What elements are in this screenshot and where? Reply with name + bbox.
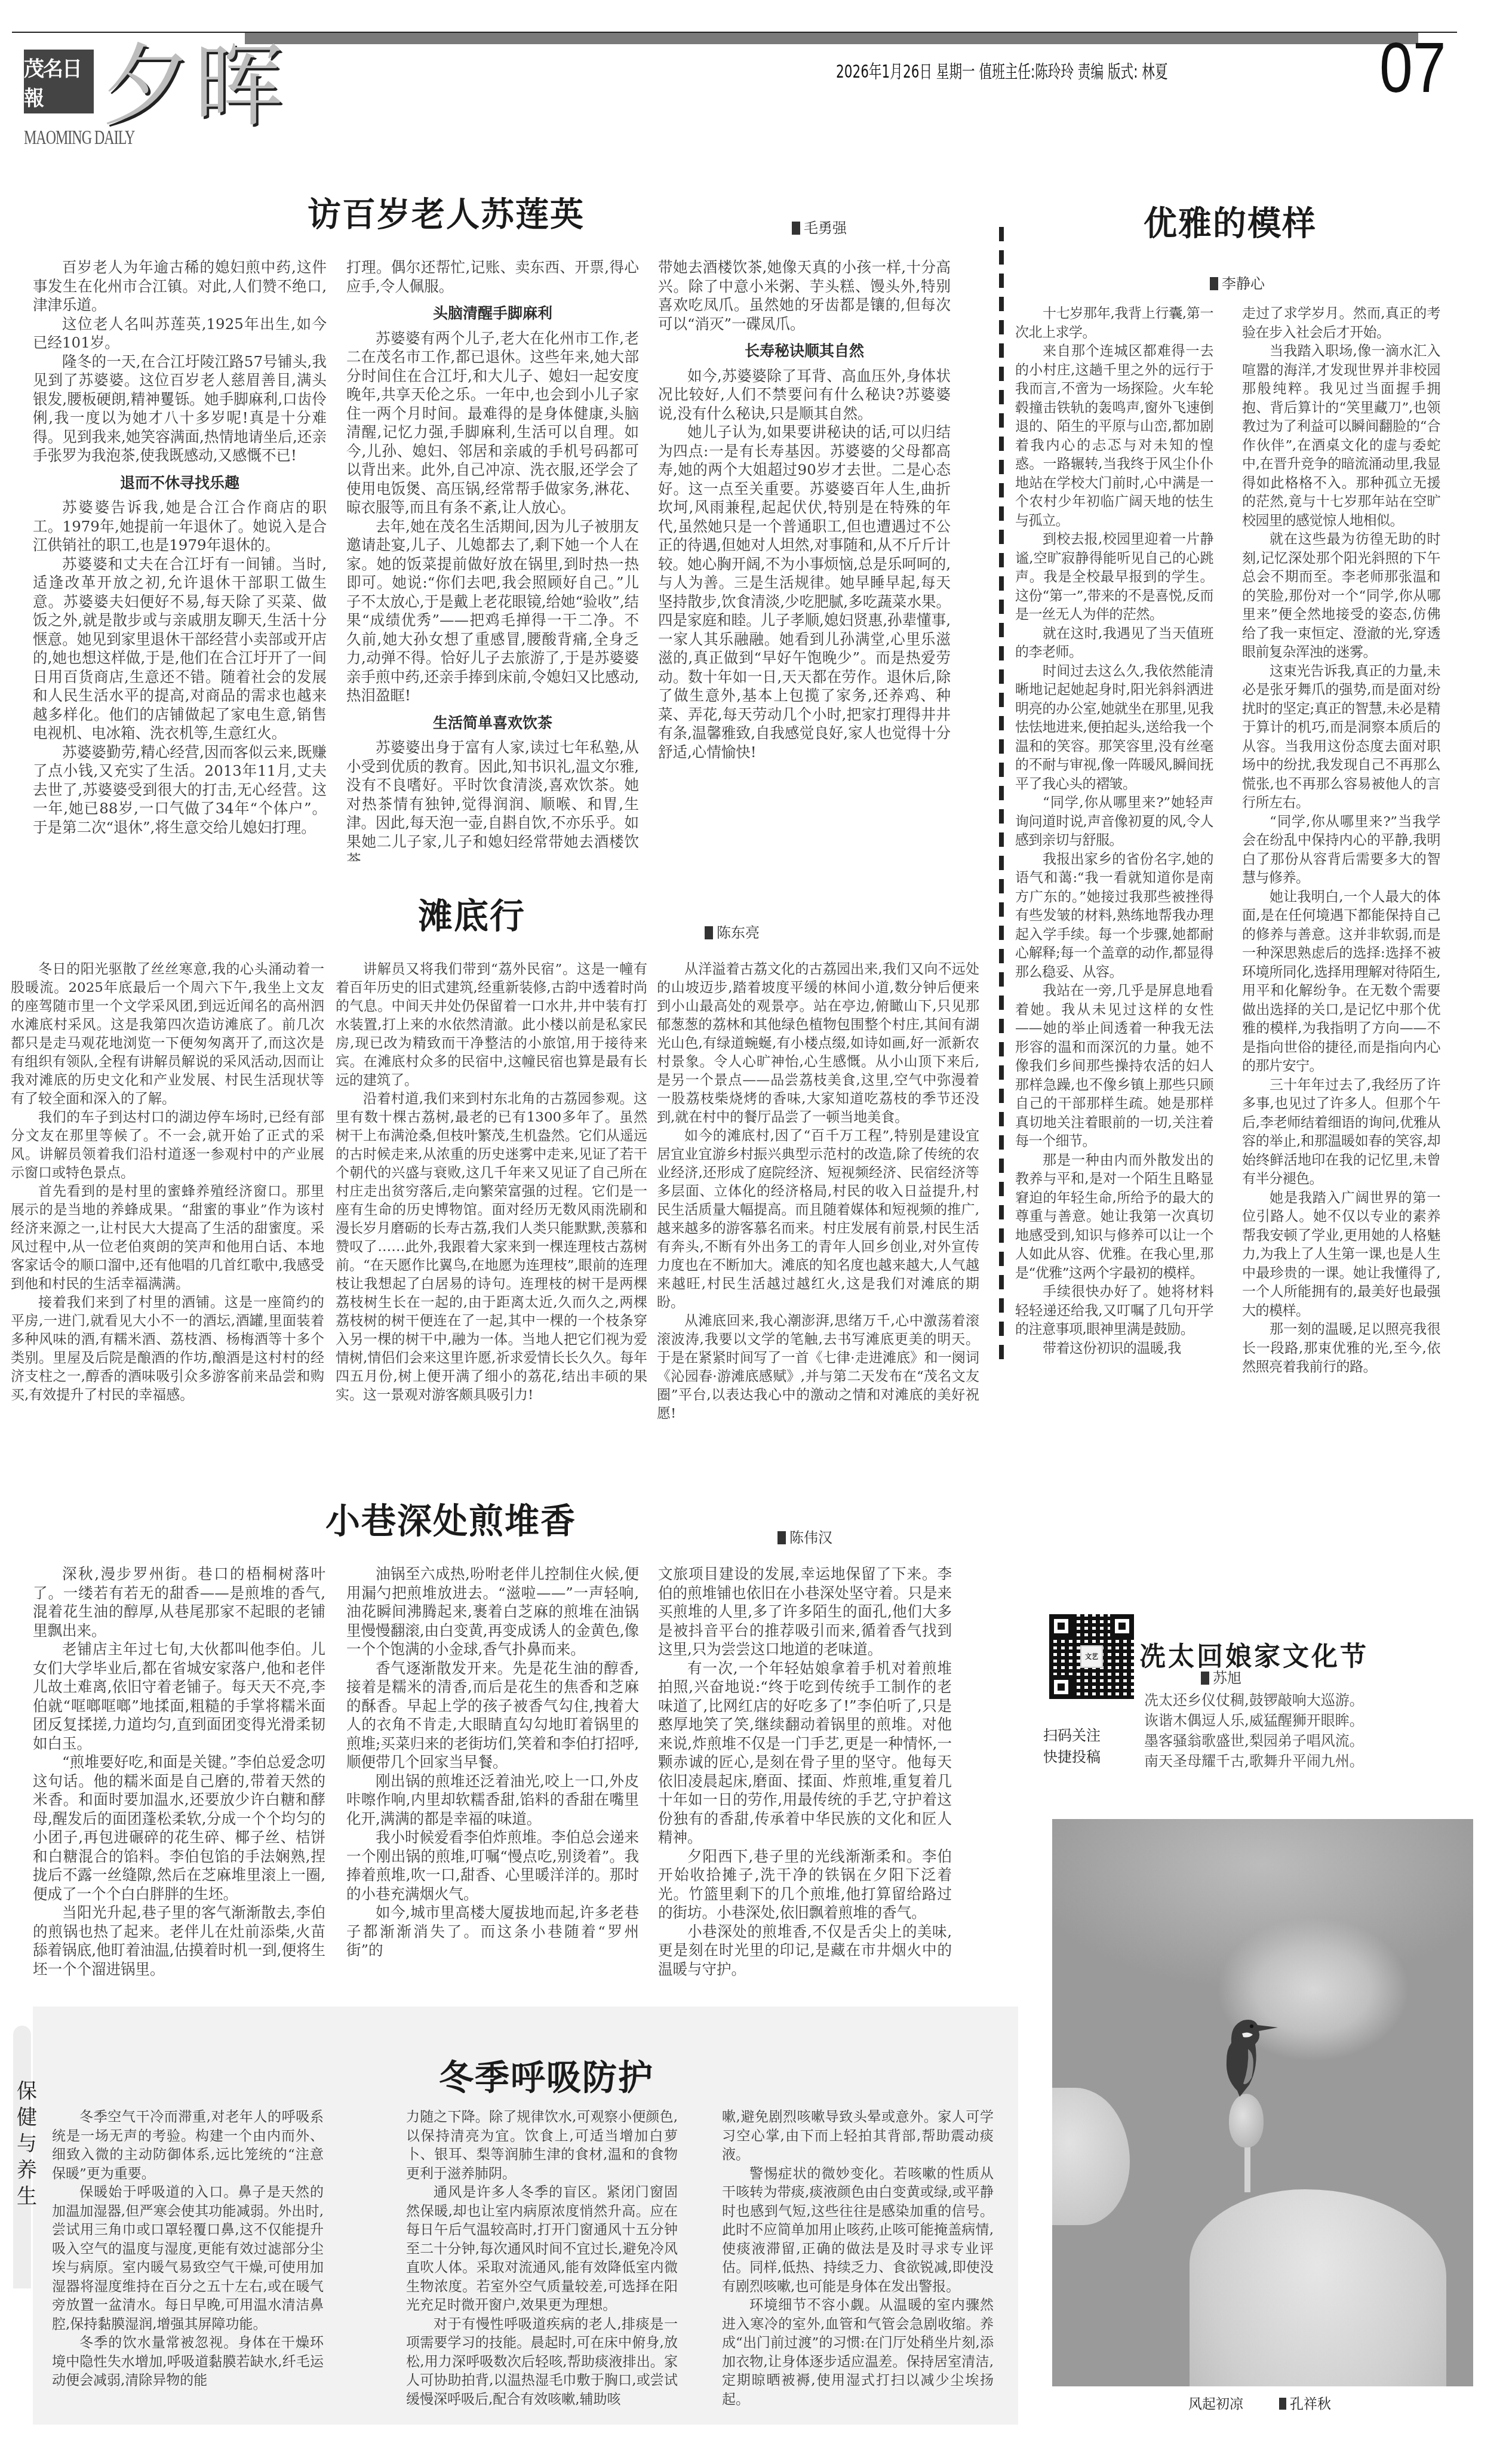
- qr-finder-icon: [1110, 1614, 1134, 1638]
- section-title: 夕晖: [102, 42, 285, 131]
- poem-body: 冼太还乡仪仗稠,鼓锣敲响大巡游。 诙谐木偶逗人乐,威猛醒狮开眼眸。 墨客骚翁歌盛…: [1144, 1690, 1364, 1771]
- paragraph: 文旅项目建设的发展,幸运地保留了下来。李伯的煎堆铺也依旧在小巷深处坚守着。只是来…: [658, 1565, 952, 1659]
- subheading: 生活简单喜欢饮茶: [346, 714, 639, 733]
- paragraph: 十七岁那年,我背上行囊,第一次北上求学。: [1015, 305, 1213, 342]
- paragraph: 我报出家乡的省份名字,她的语气和蔼:“我一看就知道你是南方广东的。”她接过我那些…: [1015, 850, 1213, 982]
- paragraph: 我们的车子到达村口的湖边停车场时,已经有部分文友在那里等候了。不一会,就开始了正…: [11, 1108, 324, 1182]
- paper-logo: 茂名日報: [24, 50, 94, 113]
- paragraph: 从洋溢着古荔文化的古荔园出来,我们又向不远处的山坡迈步,踏着坡度平缓的林间小道,…: [657, 960, 979, 1127]
- masthead: 茂名日報 MAOMING DAILY 夕晖 2026年1月26日 星期一 值班主…: [0, 0, 1509, 143]
- paragraph: 三十年年过去了,我经历了许多事,也见过了许多人。但那个午后,李老师结着细语的询问…: [1242, 1076, 1440, 1189]
- paragraph: 冬季空气干冷而滞重,对老年人的呼吸系统是一场无声的考验。构建一个由内而外、细致入…: [52, 2108, 324, 2183]
- paragraph: 保暖始于呼吸道的入口。鼻子是天然的加温加湿器,但严寒会使其功能减弱。外出时,尝试…: [52, 2183, 324, 2334]
- byline-author: 陈东亮: [717, 924, 760, 941]
- article-column: 嗽,避免剧烈咳嗽导致头晕或意外。家人可学习空心掌,由下而上轻拍其背部,帮助震动痰…: [722, 2108, 994, 2419]
- paragraph: 打理。偶尔还帮忙,记账、卖东西、开票,得心应手,令人佩服。: [346, 258, 639, 296]
- paragraph: 来自那个连城区都难得一去的小村庄,这趟千里之外的远行于我而言,不啻为一场探险。火…: [1015, 342, 1213, 530]
- byline-author: 苏旭: [1213, 1670, 1241, 1686]
- paragraph: 如今的滩底村,因了“百千万工程”,特别是建设宜居宜业宜游乡村振兴典型示范村的改造…: [657, 1127, 979, 1312]
- page-number: 07: [1379, 33, 1446, 103]
- byline-author: 陈伟汉: [789, 1529, 832, 1546]
- article-column: 文旅项目建设的发展,幸运地保留了下来。李伯的煎堆铺也依旧在小巷深处坚守着。只是来…: [658, 1565, 952, 1995]
- paragraph: 沿着村道,我们来到村东北角的古荔园参观。这里有数十棵古荔树,最老的已有1300多…: [336, 1090, 647, 1405]
- paragraph: 百岁老人为年逾古稀的媳妇煎中药,这件事发生在化州市合江镇。对此,人们赞不绝口,津…: [33, 258, 327, 315]
- paragraph: 走过了求学岁月。然而,真正的考验在步入社会后才开始。: [1242, 305, 1440, 342]
- article-column: 走过了求学岁月。然而,真正的考验在步入社会后才开始。当我踏入职场,像一滴水汇入喧…: [1242, 305, 1440, 1380]
- article-title: 小巷深处煎堆香: [325, 1493, 576, 1543]
- paragraph: 嗽,避免剧烈咳嗽导致头晕或意外。家人可学习空心掌,由下而上轻拍其背部,帮助震动痰…: [722, 2108, 994, 2165]
- paragraph: 去年,她在茂名生活期间,因为儿子被朋友邀请赴宴,儿子、儿媳都去了,剩下她一个人在…: [346, 517, 639, 705]
- paragraph: 苏婆婆出身于富有人家,读过七年私塾,从小受到优质的教育。因此,知书识礼,温文尔雅…: [346, 738, 639, 861]
- paragraph: 到校去报,校园里迎着一片静谧,空旷寂静得能听见自己的心跳声。我是全校最早报到的学…: [1015, 530, 1213, 625]
- article-title: 冬季呼吸防护: [439, 2050, 654, 2100]
- subheading: 长寿秘诀顺其自然: [658, 342, 951, 361]
- paragraph: 这束光告诉我,真正的力量,未必是张牙舞爪的强势,而是面对纷扰时的坚定;真正的智慧…: [1242, 662, 1440, 813]
- paragraph: 手续很快办好了。她将材料轻轻递还给我,又叮嘱了几句开学的注意事项,眼神里满是鼓励…: [1015, 1283, 1213, 1339]
- subheading: 头脑清醒手脚麻利: [346, 304, 639, 323]
- paragraph: 如今,苏婆婆除了耳背、高血压外,身体状况比较好,人们不禁要问有什么秘诀?苏婆婆说…: [658, 367, 951, 423]
- paragraph: 警惕症状的微妙变化。若咳嗽的性质从干咳转为带痰,痰液颜色由白变黄或绿,或平静时也…: [722, 2165, 994, 2297]
- byline-marker-icon: [1279, 2398, 1286, 2410]
- paragraph: 她儿子认为,如果要讲秘诀的话,可以归结为四点:一是有长寿基因。苏婆婆的父母都高寿…: [658, 423, 951, 761]
- paragraph: 我站在一旁,几乎是屏息地看着她。我从未见过这样的女性——她的举止间透着一种我无法…: [1015, 982, 1213, 1151]
- paragraph: 有一次,一个年轻姑娘拿着手机对着煎堆拍照,兴奋地说:“终于吃到传统手工制作的老味…: [658, 1659, 952, 1847]
- paragraph: 如今,城市里高楼大厦拔地而起,许多老巷子都渐渐消失了。而这条小巷随着“罗州街”的: [346, 1903, 639, 1960]
- byline-marker-icon: [792, 222, 800, 235]
- article-title: 滩底行: [418, 888, 525, 938]
- byline-marker-icon: [1201, 1672, 1209, 1685]
- article-column: 从洋溢着古荔文化的古荔园出来,我们又向不远处的山坡迈步,踏着坡度平缓的林间小道,…: [657, 960, 979, 1462]
- kingfisher-photo: [1052, 1819, 1473, 2386]
- byline-author: 毛勇强: [804, 220, 847, 236]
- column-divider: [999, 227, 1004, 1362]
- health-section-label: 保健与养生: [17, 2078, 33, 2210]
- article-column: 力随之下降。除了规律饮水,可观察小便颜色,以保持清亮为宜。饮食上,可适当增加白萝…: [406, 2108, 678, 2419]
- article-title: 优雅的模样: [1144, 197, 1317, 245]
- qr-code[interactable]: 文艺: [1049, 1614, 1134, 1699]
- article-column: 打理。偶尔还帮忙,记账、卖东西、开票,得心应手,令人佩服。头脑清醒手脚麻利苏婆婆…: [346, 258, 639, 861]
- paragraph: 她让我明白,一个人最大的体面,是在任何境遇下都能保持自己的修养与善意。这并非软弱…: [1242, 888, 1440, 1076]
- byline: 毛勇强: [792, 216, 847, 237]
- byline: 李静心: [1210, 272, 1265, 293]
- article-column: 带她去酒楼饮茶,她像天真的小孩一样,十分高兴。除了中意小米粥、芋头糕、馒头外,特…: [658, 258, 951, 861]
- paragraph: 她是我踏入广阔世界的第一位引路人。她不仅以专业的素养帮我安顿了学业,更用她的人格…: [1242, 1189, 1440, 1321]
- paragraph: 那一刻的温暖,足以照亮我很长一段路,那束优雅的光,至今,依然照亮着我前行的路。: [1242, 1320, 1440, 1377]
- paragraph: 苏婆婆和丈夫在合江圩有一间铺。当时,适逢改革开放之初,允许退休干部职工做生意。苏…: [33, 555, 327, 743]
- poem-line: 墨客骚翁歌盛世,梨园弟子唱风流。: [1144, 1731, 1364, 1751]
- paragraph: 首先看到的是村里的蜜蜂养殖经济窗口。那里展示的是当地的养蜂成果。“甜蜜的事业”作…: [11, 1182, 324, 1294]
- lotus-leaf-right: [1190, 2189, 1446, 2386]
- paragraph: 对于有慢性呼吸道疾病的老人,排痰是一项需要学习的技能。晨起时,可在床中俯身,放松…: [406, 2315, 678, 2410]
- paragraph: 时间过去这么久,我依然能清晰地记起她起身时,阳光斜斜洒进明亮的办公室,她就坐在那…: [1015, 662, 1213, 794]
- paragraph: “同学,你从哪里来?”她轻声询问道时说,声音像初夏的风,令人感到亲切与舒服。: [1015, 794, 1213, 850]
- paragraph: 我小时候爱看李伯炸煎堆。李伯总会递来一个刚出锅的煎堆,叮嘱“慢点吃,别烫着”。我…: [346, 1828, 639, 1903]
- paragraph: 当我踏入职场,像一滴水汇入喧嚣的海洋,才发现世界并非校园那般纯粹。我见过当面握手…: [1242, 342, 1440, 530]
- article-column: 讲解员又将我们带到“荔外民宿”。这是一幢有着百年历史的旧式建筑,经重新装修,古韵…: [336, 960, 647, 1462]
- paragraph: 油锅至六成热,吩咐老伴儿控制住火候,便用漏勺把煎堆放进去。“滋啦——”一声轻响,…: [346, 1565, 639, 1659]
- paragraph: 这位老人名叫苏莲英,1925年出生,如今已经101岁。: [33, 315, 327, 352]
- paragraph: 接着我们来到了村里的酒铺。这是一座简约的平房,一进门,就看见大小不一的酒坛,酒罐…: [11, 1294, 324, 1405]
- paragraph: 苏婆婆告诉我,她是合江合作商店的职工。1979年,她提前一年退休了。她说入是合江…: [33, 498, 327, 555]
- kingfisher-icon: [1213, 2007, 1279, 2103]
- paragraph: 力随之下降。除了规律饮水,可观察小便颜色,以保持清亮为宜。饮食上,可适当增加白萝…: [406, 2108, 678, 2183]
- lotus-stem: [1244, 2145, 1250, 2192]
- qr-finder-icon: [1049, 1614, 1073, 1638]
- paragraph: “同学,你从哪里来?”当我学会在纷乱中保持内心的平静,我明白了那份从容背后需要多…: [1242, 813, 1440, 888]
- qr-caption: 扫码关注 快捷投稿: [1043, 1725, 1101, 1768]
- byline-marker-icon: [777, 1531, 786, 1544]
- paragraph: 带着这份初识的温暖,我: [1015, 1339, 1213, 1359]
- qr-finder-icon: [1049, 1675, 1073, 1699]
- poem-line: 诙谐木偶逗人乐,威猛醒狮开眼眸。: [1144, 1710, 1364, 1731]
- paragraph: 深秋,漫步罗州街。巷口的梧桐树落叶了。一缕若有若无的甜香——是煎堆的香气,混着花…: [33, 1565, 325, 1640]
- paragraph: 就在这些最为彷徨无助的时刻,记忆深处那个阳光斜照的下午总会不期而至。李老师那张温…: [1242, 530, 1440, 662]
- photo-caption: 风起初凉孔祥秋: [1188, 2393, 1331, 2413]
- article-column: 十七岁那年,我背上行囊,第一次北上求学。来自那个连城区都难得一去的小村庄,这趟千…: [1015, 305, 1213, 1380]
- qr-caption-line: 快捷投稿: [1043, 1746, 1101, 1768]
- paragraph: 讲解员又将我们带到“荔外民宿”。这是一幢有着百年历史的旧式建筑,经重新装修,古韵…: [336, 960, 647, 1090]
- lotus-leaf-left: [1052, 2088, 1130, 2225]
- photo-title: 风起初凉: [1188, 2397, 1243, 2412]
- paragraph: 冬季的饮水量常被忽视。身体在干燥环境中隐性失水增加,呼吸道黏膜若缺水,纤毛运动便…: [52, 2334, 324, 2391]
- byline-marker-icon: [1210, 277, 1218, 290]
- paragraph: 香气逐渐散发开来。先是花生油的醇香,接着是糯米的清香,而后是花生的焦香和芝麻的酥…: [346, 1659, 639, 1772]
- byline-author: 李静心: [1222, 275, 1265, 292]
- paragraph: 从滩底回来,我心潮澎湃,思绪万千,心中激荡着滚滚波涛,我要以文学的笔触,去书写滩…: [657, 1312, 979, 1423]
- byline: 陈东亮: [705, 921, 760, 942]
- paragraph: 冬日的阳光驱散了丝丝寒意,我的心头涌动着一股暖流。2025年底最后一个周六下午,…: [11, 960, 324, 1108]
- paragraph: 就在这时,我遇见了当天值班的李老师。: [1015, 625, 1213, 662]
- paragraph: 苏婆婆勤劳,精心经营,因而客似云来,既赚了点小钱,又充实了生活。2013年11月…: [33, 743, 327, 837]
- article-column: 冬季空气干冷而滞重,对老年人的呼吸系统是一场无声的考验。构建一个由内而外、细致入…: [52, 2108, 324, 2419]
- issue-info: 2026年1月26日 星期一 值班主任:陈玲玲 责编 版式: 林夏: [836, 57, 1167, 83]
- paragraph: 那是一种由内而外散发出的教养与平和,是对一个陌生且略显窘迫的年轻生命,所给予的最…: [1015, 1151, 1213, 1283]
- poem-title: 冼太回娘家文化节: [1139, 1635, 1369, 1673]
- article-column: 深秋,漫步罗州街。巷口的梧桐树落叶了。一缕若有若无的甜香——是煎堆的香气,混着花…: [33, 1565, 325, 1995]
- qr-caption-line: 扫码关注: [1043, 1725, 1101, 1746]
- photo-byline: 孔祥秋: [1290, 2397, 1331, 2412]
- poem-line: 冼太还乡仪仗稠,鼓锣敲响大巡游。: [1144, 1690, 1364, 1710]
- paragraph: 带她去酒楼饮茶,她像天真的小孩一样,十分高兴。除了中意小米粥、芋头糕、馒头外,特…: [658, 258, 951, 333]
- paragraph: “煎堆要好吃,和面是关键。”李伯总爱念叨这句话。他的糯米面是自己磨的,带着天然的…: [33, 1753, 325, 1903]
- paragraph: 当阳光升起,巷子里的客气渐渐散去,李伯的煎锅也热了起来。老伴儿在灶前添柴,火苗舔…: [33, 1903, 325, 1978]
- paragraph: 老铺店主年过七旬,大伙都叫他李伯。儿女们大学毕业后,都在省城安家落户,他和老伴儿…: [33, 1640, 325, 1753]
- paragraph: 通风是许多人冬季的盲区。紧闭门窗固然保暖,却也让室内病原浓度悄然升高。应在每日午…: [406, 2183, 678, 2315]
- qr-center-label: 文艺: [1080, 1645, 1103, 1668]
- paragraph: 刚出锅的煎堆还泛着油光,咬上一口,外皮咔嚓作响,内里却软糯香甜,馅料的香甜在嘴里…: [346, 1772, 639, 1829]
- article-title: 访百岁老人苏莲英: [308, 188, 585, 236]
- byline: 苏旭: [1201, 1666, 1241, 1687]
- paragraph: 苏婆婆有两个儿子,老大在化州市工作,老二在茂名市工作,都已退休。这些年来,她大部…: [346, 329, 639, 517]
- paragraph: 环境细节不容小觑。从温暖的室内骤然进入寒冷的室外,血管和气管会急剧收缩。养成“出…: [722, 2296, 994, 2409]
- article-column: 冬日的阳光驱散了丝丝寒意,我的心头涌动着一股暖流。2025年底最后一个周六下午,…: [11, 960, 324, 1462]
- byline: 陈伟汉: [777, 1526, 832, 1547]
- poem-line: 南天圣母耀千古,歌舞升平闹九州。: [1144, 1751, 1364, 1771]
- paragraph: 小巷深处的煎堆香,不仅是舌尖上的美味,更是刻在时光里的印记,是藏在市井烟火中的温…: [658, 1922, 952, 1979]
- paragraph: 隆冬的一天,在合江圩陵江路57号铺头,我见到了苏婆婆。这位百岁老人慈眉善目,满头…: [33, 352, 327, 465]
- article-column: 百岁老人为年逾古稀的媳妇煎中药,这件事发生在化州市合江镇。对此,人们赞不绝口,津…: [33, 258, 327, 861]
- paragraph: 夕阳西下,巷子里的光线渐渐柔和。李伯开始收拾摊子,洗干净的铁锅在夕阳下泛着光。竹…: [658, 1847, 952, 1922]
- subheading: 退而不休寻找乐趣: [33, 474, 327, 493]
- masthead-bar: [245, 33, 1418, 44]
- byline-marker-icon: [705, 926, 713, 939]
- article-column: 油锅至六成热,吩咐老伴儿控制住火候,便用漏勺把煎堆放进去。“滋啦——”一声轻响,…: [346, 1565, 639, 1995]
